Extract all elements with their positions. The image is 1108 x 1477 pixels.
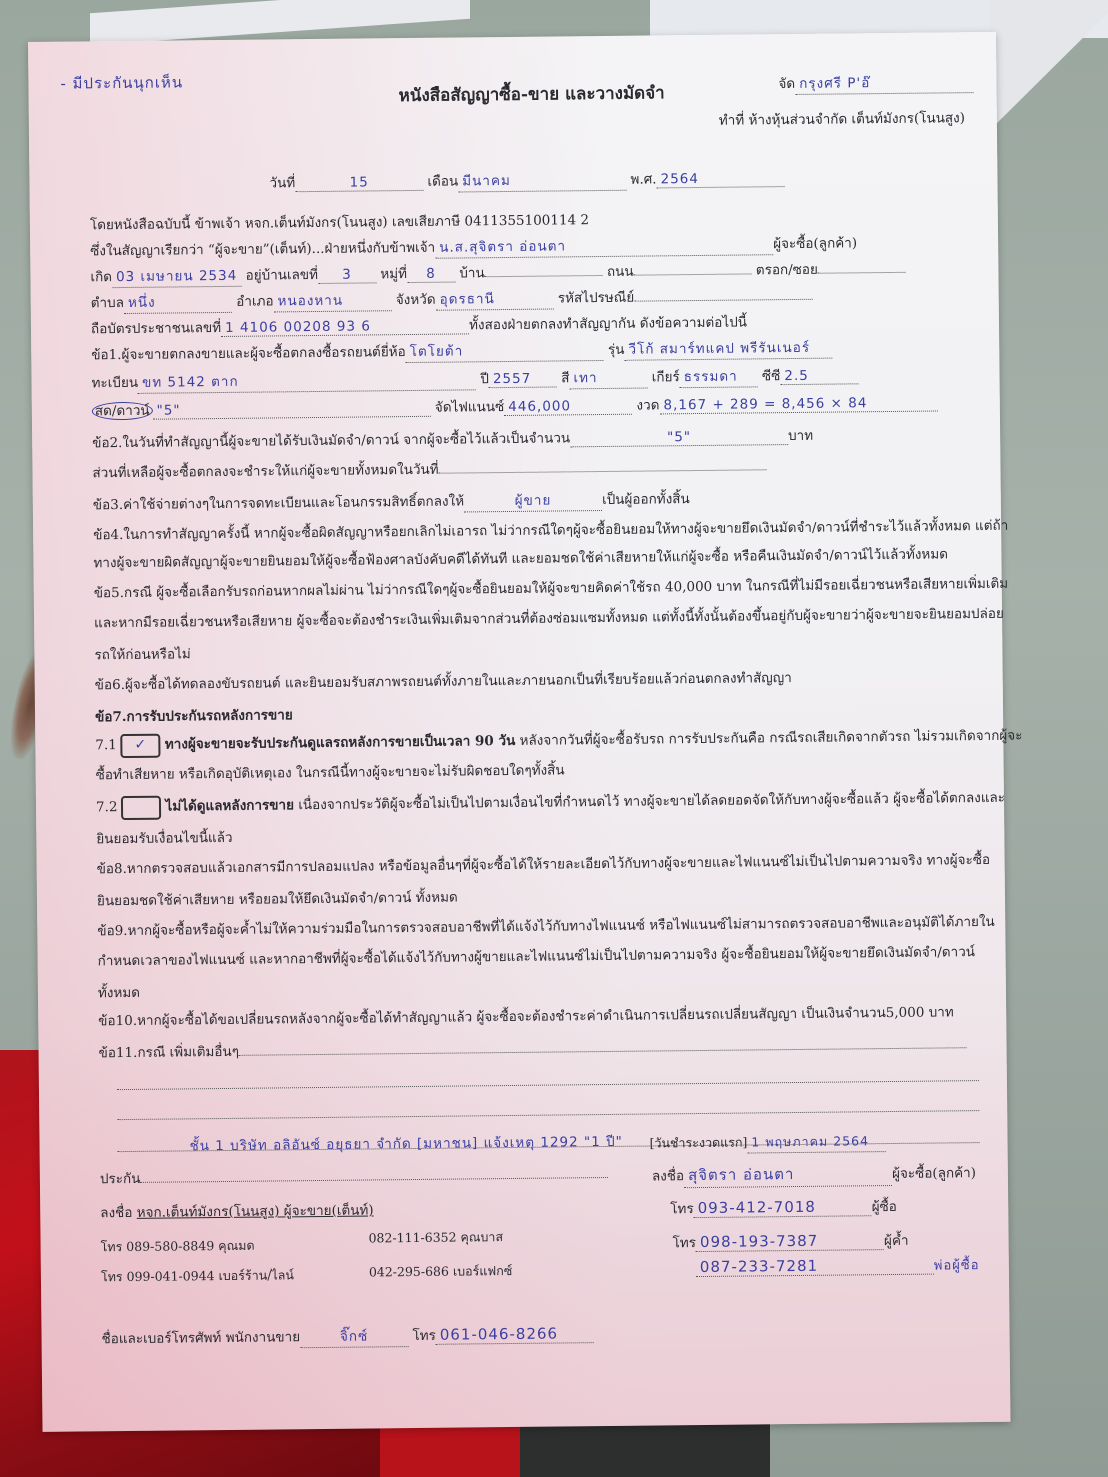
warranty-option-7-1-cont: ซื้อทำเสียหาย หรือเกิดอุบัติเหตุเอง ในกร…: [96, 754, 976, 785]
made-at: ทำที่ ห้างหุ้นส่วนจำกัด เต็นท์มังกร(โนนส…: [719, 106, 969, 131]
father-phone: 087-233-7281พ่อผู้ซื้อ: [696, 1254, 981, 1278]
warranty-option-7-2: 7.2ไม่ได้ดูแลหลังการขาย เนื่องจากประวัติ…: [96, 786, 976, 820]
buyer-phone: โทร093-412-7018ผู้ซื้อ: [670, 1194, 980, 1219]
finance-line: สด/ดาวน์"5" จัดไฟแนนซ์446,000 งวด8,167 +…: [92, 390, 972, 421]
buyer-name: น.ส.สุจิตรา อ่อนตา: [435, 232, 773, 259]
clause-3: ข้อ3.ค่าใช้จ่ายต่างๆในการจดทะเบียนและโอน…: [93, 484, 973, 516]
contract-date: วันที่15 เดือนมีนาคม พ.ศ.2564: [269, 164, 969, 194]
clause-4-line-1: ข้อ4.ในการทำสัญญาครั้งนี้ หากผู้จะซื้อผิ…: [93, 514, 973, 545]
clause-9-line-2: กำหนดเวลาของไฟแนนซ์ และหากอาชีพที่ผู้จะซ…: [98, 940, 978, 971]
clause-8-line-1: ข้อ8.หากตรวจสอบแล้วเอกสารมีการปลอมแปลง ห…: [97, 848, 977, 879]
clause-2: ข้อ2.ในวันที่ทำสัญญานี้ผู้จะขายได้รับเงิ…: [92, 422, 972, 453]
clause-6: ข้อ6.ผู้จะซื้อได้ทดลองขับรถยนต์ และยินยอ…: [95, 664, 975, 695]
clause-8-line-2: ยินยอมชดใช้ค่าเสียหาย หรือยอมให้ยึดเงินม…: [97, 880, 977, 911]
clause-4-line-2: ทางผู้จะขายผิดสัญญาผู้จะขายยินยอมให้ผู้จ…: [93, 542, 973, 573]
warranty-option-7-2-cont: ยินยอมรับเงื่อนไขนี้แล้ว: [96, 818, 976, 849]
no-warranty-checkbox[interactable]: [121, 795, 161, 819]
clause-1-vehicle: ข้อ1.ผู้จะขายตกลงขายและผู้จะซื้อตกลงซื้อ…: [91, 334, 971, 366]
clause-5-line-1: ข้อ5.กรณี ผู้จะซื้อเลือกรับรถก่อนหากผลไม…: [94, 572, 974, 603]
blank-line: [117, 1080, 979, 1090]
clause-7-title: ข้อ7.การรับประกันรถหลังการขาย: [95, 696, 975, 727]
buyer-signature-field: ลงชื่อสุจิตรา อ่อนตาผู้จะซื้อ(ลูกค้า): [652, 1160, 980, 1188]
warranty-option-7-1: 7.1✓ทางผู้จะขายจะรับประกันดูแลรถหลังการข…: [95, 724, 975, 758]
background-paper-sheet: [990, 0, 1108, 130]
vehicle-details-line: ทะเบียนขท 5142 ตาก ปี2557 สีเทา เกียร์ธร…: [91, 362, 971, 394]
buyer-signature: สุจิตรา อ่อนตา: [684, 1161, 892, 1188]
clause-11: ข้อ11.กรณี เพิ่มเติมอื่นๆ: [98, 1032, 978, 1063]
clause-2-remaining: ส่วนที่เหลือผู้จะซื้อตกลงจะชำระให้แก่ผู้…: [92, 452, 972, 483]
id-number: 1 4106 00208 93 6: [221, 317, 469, 337]
clause-10: ข้อ10.หากผู้จะซื้อได้ขอเปลี่ยนรถหลังจากผ…: [98, 1000, 978, 1031]
warranty-90-days-checkbox[interactable]: ✓: [121, 733, 161, 757]
contract-document: - มีประกันนุกเห็น หนังสือสัญญาซื้อ-ขาย แ…: [28, 32, 1011, 1432]
blank-line: [117, 1110, 979, 1120]
branch-field: จัดกรุงศรี P'อ๊: [778, 70, 968, 95]
sales-staff: ชื่อและเบอร์โทรศัพท์ พนักงานขายจิ๊กซ์ โท…: [101, 1318, 981, 1350]
clause-9-line-3: ทั้งหมด: [98, 972, 978, 1003]
clause-5-line-3: รถให้ก่อนหรือไม่: [94, 634, 974, 665]
clause-9-line-1: ข้อ9.หากผู้จะซื้อหรือผู้จะค้ำไม่ให้ความร…: [97, 910, 977, 941]
clause-5-line-2: และหากมีรอยเฉี่ยวชนหรือเสียหาย ผู้จะซื้อ…: [94, 602, 974, 633]
guarantor-phone: โทร098-193-7387ผู้ค้ำ: [672, 1228, 980, 1253]
